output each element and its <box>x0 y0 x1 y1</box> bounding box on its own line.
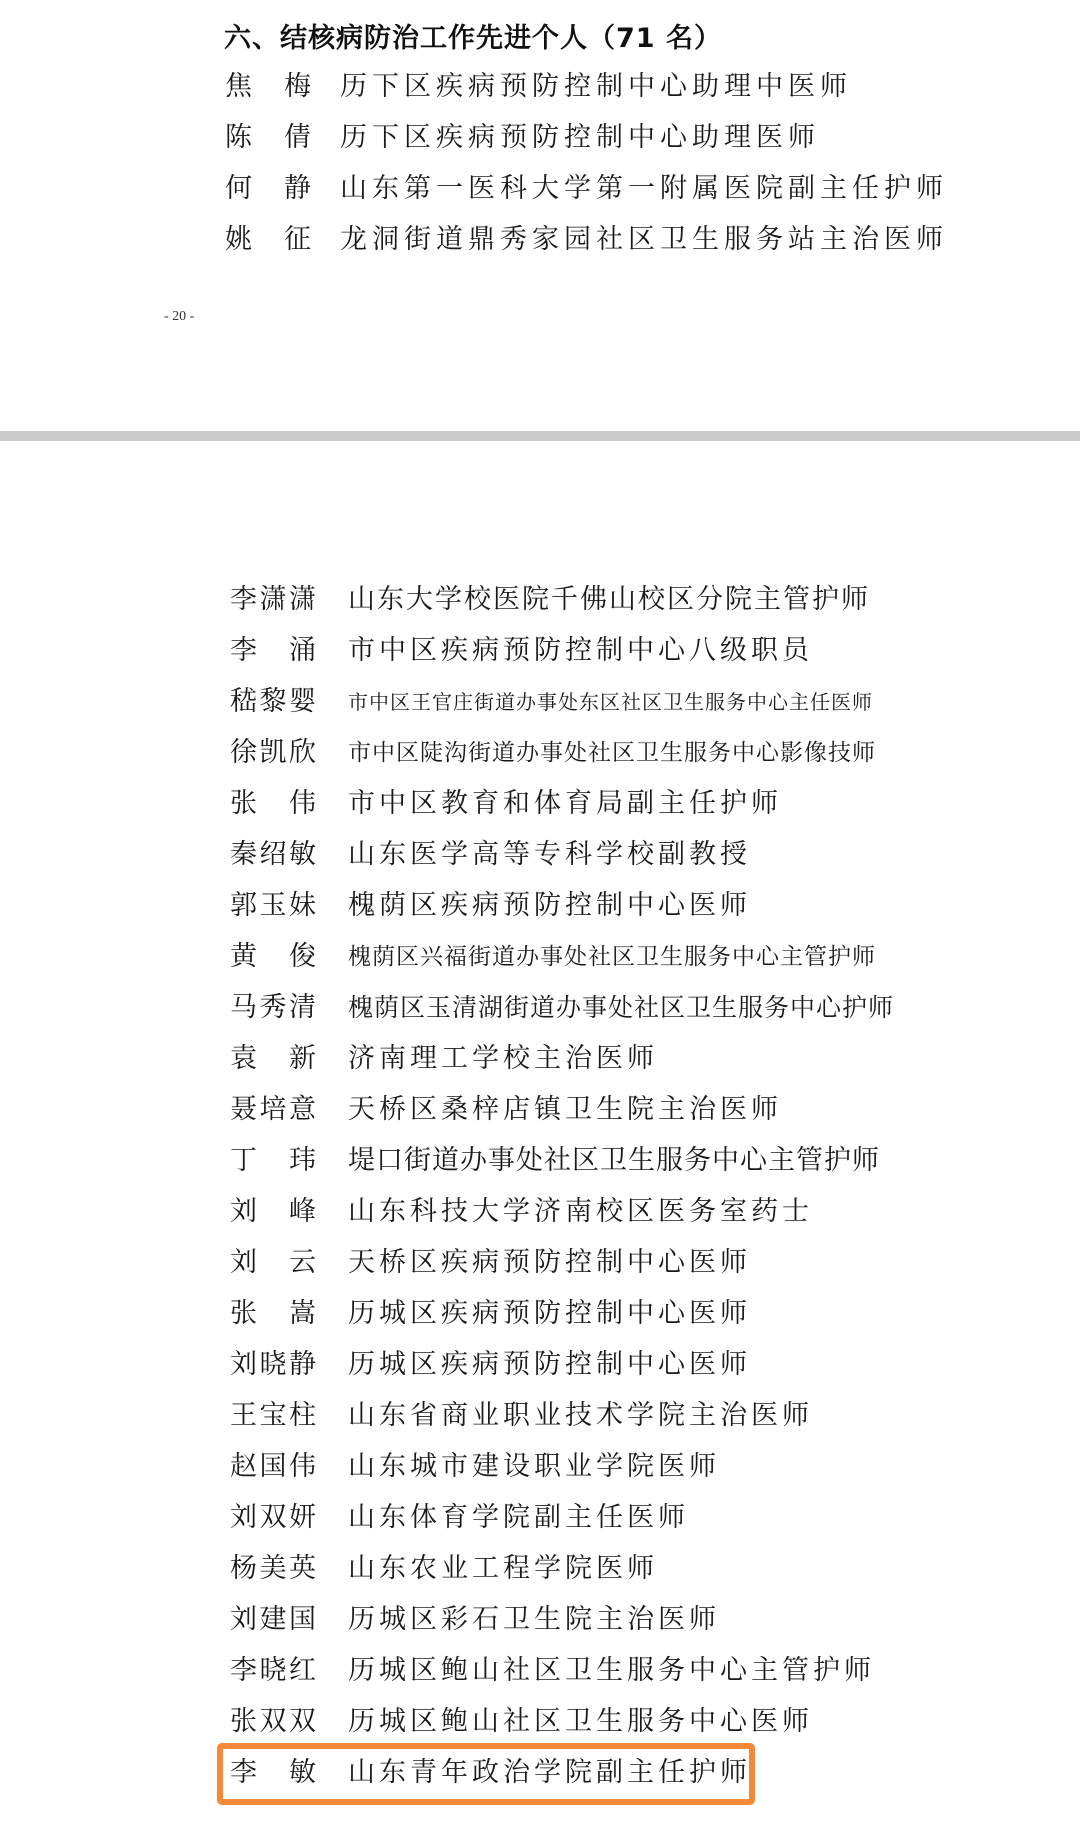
person-name: 陈倩 <box>225 118 311 158</box>
name-char: 静 <box>289 1345 316 1385</box>
person-affiliation-title: 天桥区疾病预防控制中心医师 <box>348 1243 751 1283</box>
name-char: 伟 <box>289 1447 316 1487</box>
name-char: 赵 <box>230 1447 257 1487</box>
name-char: 双 <box>289 1702 316 1742</box>
person-name: 何静 <box>225 169 311 209</box>
person-name: 刘建国 <box>230 1600 316 1640</box>
person-affiliation-title: 历下区疾病预防控制中心助理医师 <box>340 118 820 158</box>
person-affiliation-title: 龙洞街道鼎秀家园社区卫生服务站主治医师 <box>340 220 948 260</box>
name-char: 宝 <box>260 1396 287 1436</box>
person-affiliation-title: 市中区教育和体育局副主任护师 <box>348 784 782 824</box>
name-char: 张 <box>230 1702 257 1742</box>
name-char: 刘 <box>230 1498 257 1538</box>
name-char: 婴 <box>289 682 316 722</box>
person-affiliation-title: 市中区陡沟街道办事处社区卫生服务中心影像技师 <box>348 733 876 773</box>
name-char: 双 <box>260 1702 287 1742</box>
name-char: 意 <box>289 1090 316 1130</box>
name-char: 焦 <box>225 67 252 107</box>
person-name: 刘双妍 <box>230 1498 316 1538</box>
name-char: 伟 <box>289 784 316 824</box>
name-char: 姚 <box>225 220 252 260</box>
person-affiliation-title: 槐荫区兴福街道办事处社区卫生服务中心主管护师 <box>348 937 876 977</box>
name-char: 清 <box>289 988 316 1028</box>
name-char: 美 <box>260 1549 287 1589</box>
person-name: 马秀清 <box>230 988 316 1028</box>
name-char: 玮 <box>289 1141 316 1181</box>
person-name: 黄俊 <box>230 937 316 977</box>
name-char: 云 <box>289 1243 316 1283</box>
name-char: 刘 <box>230 1345 257 1385</box>
name-char: 绍 <box>260 835 287 875</box>
person-name: 王宝柱 <box>230 1396 316 1436</box>
person-affiliation-title: 山东第一医科大学第一附属医院副主任护师 <box>340 169 948 209</box>
name-char: 潇 <box>260 580 287 620</box>
name-char: 培 <box>260 1090 287 1130</box>
person-name: 秦绍敏 <box>230 835 316 875</box>
person-affiliation-title: 山东医学高等专科学校副教授 <box>348 835 751 875</box>
person-affiliation-title: 山东大学校医院千佛山校区分院主管护师 <box>348 580 870 620</box>
name-char: 王 <box>230 1396 257 1436</box>
person-name: 李晓红 <box>230 1651 316 1691</box>
name-char: 晓 <box>260 1651 287 1691</box>
person-affiliation-title: 山东省商业职业技术学院主治医师 <box>348 1396 813 1436</box>
name-char: 柱 <box>289 1396 316 1436</box>
person-name: 袁新 <box>230 1039 316 1079</box>
name-char: 英 <box>289 1549 316 1589</box>
person-name: 姚征 <box>225 220 311 260</box>
person-name: 丁玮 <box>230 1141 316 1181</box>
name-char: 双 <box>260 1498 287 1538</box>
person-affiliation-title: 济南理工学校主治医师 <box>348 1039 658 1079</box>
name-char: 欣 <box>289 733 316 773</box>
name-char: 敏 <box>289 835 316 875</box>
person-affiliation-title: 历城区彩石卫生院主治医师 <box>348 1600 720 1640</box>
highlight-box <box>217 1743 755 1805</box>
section-heading: 六、结核病防治工作先进个人（71 名） <box>224 16 722 55</box>
person-affiliation-title: 槐荫区疾病预防控制中心医师 <box>348 886 751 926</box>
name-char: 聂 <box>230 1090 257 1130</box>
person-name: 张伟 <box>230 784 316 824</box>
person-name: 徐凯欣 <box>230 733 316 773</box>
name-char: 李 <box>230 580 257 620</box>
person-name: 嵇黎婴 <box>230 682 316 722</box>
document-page-20: 六、结核病防治工作先进个人（71 名） 焦梅历下区疾病预防控制中心助理中医师陈倩… <box>0 0 1080 431</box>
name-char: 玉 <box>260 886 287 926</box>
person-affiliation-title: 山东体育学院副主任医师 <box>348 1498 689 1538</box>
name-char: 黄 <box>230 937 257 977</box>
name-char: 刘 <box>230 1243 257 1283</box>
person-name: 刘峰 <box>230 1192 316 1232</box>
name-char: 涌 <box>289 631 316 671</box>
name-char: 潇 <box>289 580 316 620</box>
name-char: 国 <box>289 1600 316 1640</box>
name-char: 袁 <box>230 1039 257 1079</box>
person-affiliation-title: 市中区王官庄街道办事处东区社区卫生服务中心主任医师 <box>348 682 873 722</box>
person-affiliation-title: 历城区疾病预防控制中心医师 <box>348 1345 751 1385</box>
name-char: 郭 <box>230 886 257 926</box>
name-char: 建 <box>260 1600 287 1640</box>
document-page-21: 李潇潇山东大学校医院千佛山校区分院主管护师李涌市中区疾病预防控制中心八级职员嵇黎… <box>0 441 1080 1829</box>
person-affiliation-title: 槐荫区玉清湖街道办事处社区卫生服务中心护师 <box>348 988 894 1028</box>
name-char: 刘 <box>230 1192 257 1232</box>
person-affiliation-title: 山东农业工程学院医师 <box>348 1549 658 1589</box>
person-name: 张嵩 <box>230 1294 316 1334</box>
name-char: 新 <box>289 1039 316 1079</box>
name-char: 晓 <box>260 1345 287 1385</box>
name-char: 徐 <box>230 733 257 773</box>
name-char: 黎 <box>260 682 287 722</box>
person-affiliation-title: 山东城市建设职业学院医师 <box>348 1447 720 1487</box>
name-char: 李 <box>230 631 257 671</box>
name-char: 红 <box>289 1651 316 1691</box>
person-affiliation-title: 历城区疾病预防控制中心医师 <box>348 1294 751 1334</box>
name-char: 刘 <box>230 1600 257 1640</box>
name-char: 妹 <box>289 886 316 926</box>
name-char: 陈 <box>225 118 252 158</box>
page-number: - 20 - <box>164 309 194 325</box>
page-separator <box>0 431 1080 441</box>
name-char: 张 <box>230 1294 257 1334</box>
name-char: 俊 <box>289 937 316 977</box>
name-char: 国 <box>260 1447 287 1487</box>
person-name: 郭玉妹 <box>230 886 316 926</box>
name-char: 丁 <box>230 1141 257 1181</box>
name-char: 峰 <box>289 1192 316 1232</box>
person-affiliation-title: 历下区疾病预防控制中心助理中医师 <box>340 67 852 107</box>
name-char: 杨 <box>230 1549 257 1589</box>
person-name: 杨美英 <box>230 1549 316 1589</box>
name-char: 静 <box>284 169 311 209</box>
name-char: 秀 <box>260 988 287 1028</box>
person-affiliation-title: 堤口街道办事处社区卫生服务中心主管护师 <box>348 1141 880 1181</box>
name-char: 马 <box>230 988 257 1028</box>
person-affiliation-title: 历城区鲍山社区卫生服务中心医师 <box>348 1702 813 1742</box>
person-name: 张双双 <box>230 1702 316 1742</box>
person-affiliation-title: 山东科技大学济南校区医务室药士 <box>348 1192 813 1232</box>
name-char: 李 <box>230 1651 257 1691</box>
name-char: 梅 <box>284 67 311 107</box>
person-name: 李潇潇 <box>230 580 316 620</box>
person-affiliation-title: 市中区疾病预防控制中心八级职员 <box>348 631 813 671</box>
person-affiliation-title: 天桥区桑梓店镇卫生院主治医师 <box>348 1090 782 1130</box>
name-char: 倩 <box>284 118 311 158</box>
name-char: 妍 <box>289 1498 316 1538</box>
person-name: 刘晓静 <box>230 1345 316 1385</box>
name-char: 何 <box>225 169 252 209</box>
name-char: 凯 <box>260 733 287 773</box>
person-name: 赵国伟 <box>230 1447 316 1487</box>
person-name: 聂培意 <box>230 1090 316 1130</box>
name-char: 张 <box>230 784 257 824</box>
person-name: 焦梅 <box>225 67 311 107</box>
name-char: 嵇 <box>230 682 257 722</box>
person-name: 刘云 <box>230 1243 316 1283</box>
person-affiliation-title: 历城区鲍山社区卫生服务中心主管护师 <box>348 1651 875 1691</box>
name-char: 嵩 <box>289 1294 316 1334</box>
name-char: 秦 <box>230 835 257 875</box>
name-char: 征 <box>284 220 311 260</box>
person-name: 李涌 <box>230 631 316 671</box>
